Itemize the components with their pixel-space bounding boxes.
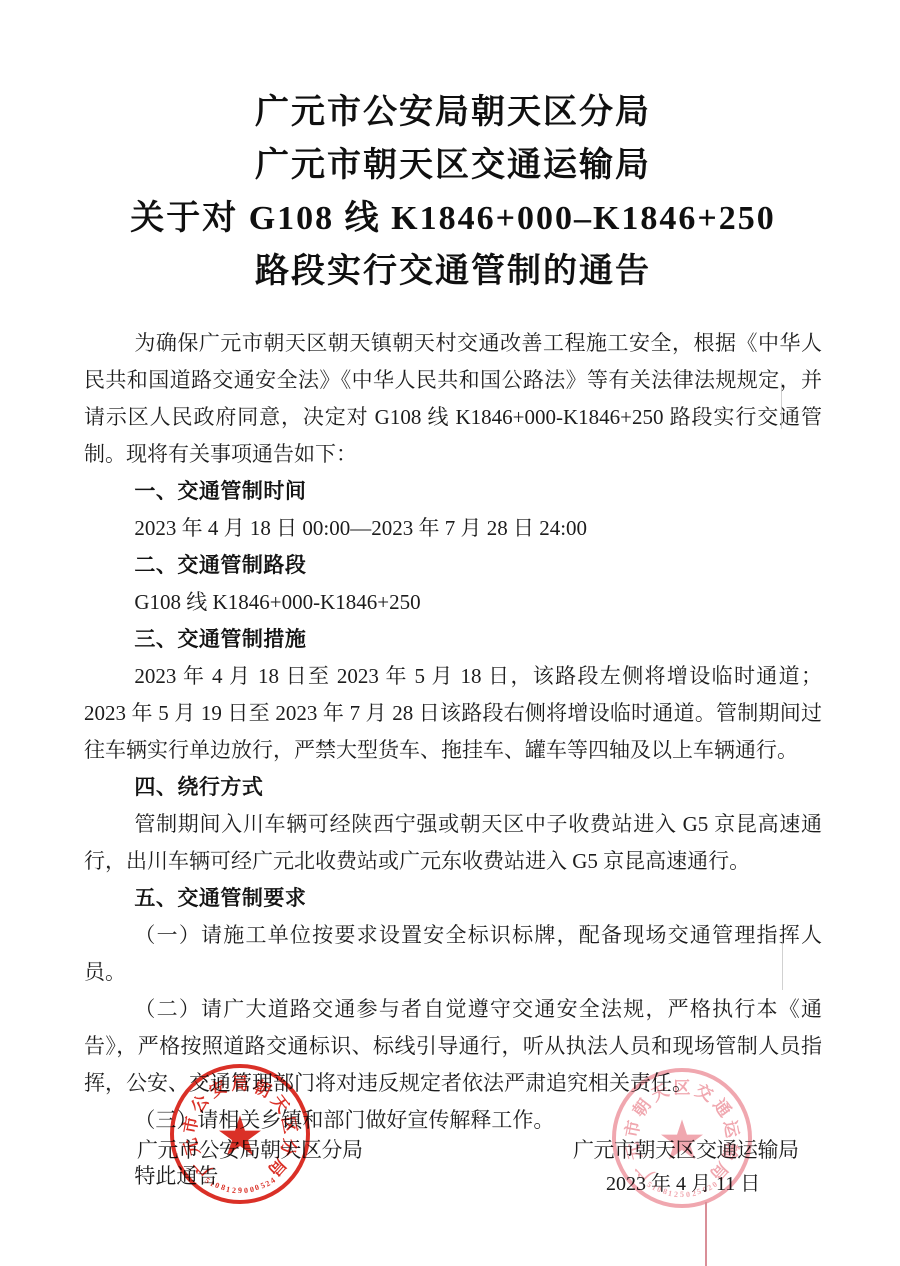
seal-character: 区 [279,1115,299,1135]
document-title: 广元市公安局朝天区分局 广元市朝天区交通运输局 关于对 G108 线 K1846… [84,86,822,298]
seal-character: 市 [181,1115,201,1135]
seal-code-digit: 2 [691,1189,697,1198]
seal-code-digit: 9 [238,1187,242,1195]
title-line-3: 关于对 G108 线 K1846+000–K1846+250 [84,192,822,245]
section-4-heading: 四、绕行方式 [84,769,822,806]
section-5-paragraph-1: （一）请施工单位按要求设置安全标识标牌，配备现场交通管理指挥人员。 [84,917,822,991]
section-2-heading: 二、交通管制路段 [84,547,822,584]
section-1-heading: 一、交通管制时间 [84,473,822,510]
seal-character: 区 [674,1080,691,1097]
title-line-4: 路段实行交通管制的通告 [84,245,822,298]
seal-character: 局 [232,1076,249,1093]
intro-paragraph: 为确保广元市朝天区朝天镇朝天村交通改善工程施工安全，根据《中华人民共和国道路交通… [84,325,822,473]
seal-character: 运 [721,1119,741,1139]
police-bureau-seal: 广元市公安局朝天区分局5108129000524 [170,1064,310,1204]
seal-code-digit: 0 [249,1185,255,1194]
section-4-paragraph: 管制期间入川车辆可经陕西宁强或朝天区中子收费站进入 G5 京昆高速通行，出川车辆… [84,806,822,880]
section-3-heading: 三、交通管制措施 [84,621,822,658]
section-1-paragraph: 2023 年 4 月 18 日 00:00—2023 年 7 月 28 日 24… [84,510,822,547]
title-line-1: 广元市公安局朝天区分局 [84,86,822,139]
transport-bureau-seal: 广元市朝天区交通运输局5108125025020 [612,1068,752,1208]
section-2-paragraph: G108 线 K1846+000-K1846+250 [84,584,822,621]
seal-code-digit: 5 [680,1191,684,1199]
scan-artifact-line [782,938,783,990]
section-3-paragraph: 2023 年 4 月 18 日至 2023 年 5 月 18 日，该路段左侧将增… [84,658,822,769]
title-line-2: 广元市朝天区交通运输局 [84,139,822,192]
scan-artifact-line [781,383,782,429]
seal-code-digit: 0 [243,1187,248,1195]
document-content: 广元市公安局朝天区分局 广元市朝天区交通运输局 关于对 G108 线 K1846… [84,86,822,1195]
document-page: 广元市公安局朝天区分局 广元市朝天区交通运输局 关于对 G108 线 K1846… [0,0,900,1266]
section-5-heading: 五、交通管制要求 [84,880,822,917]
seal-code-digit: 0 [685,1191,690,1199]
scan-artifact-line [705,1202,707,1266]
seal-character: 市 [623,1119,643,1139]
